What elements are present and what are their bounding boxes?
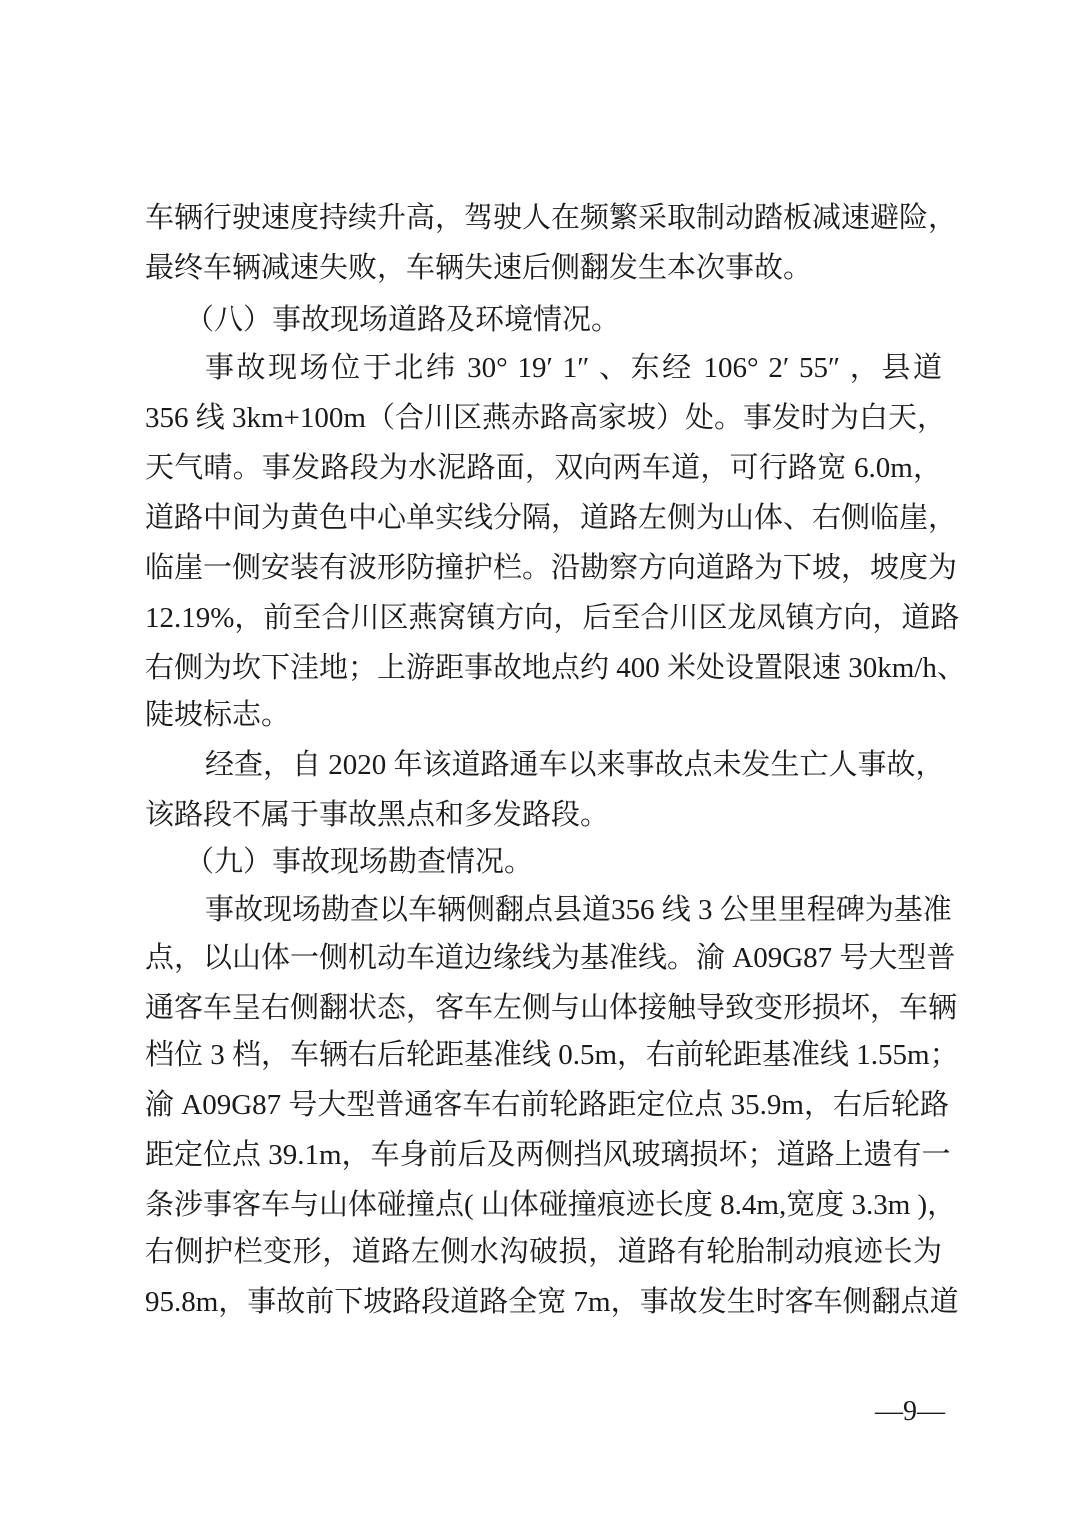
document-page: 车辆行驶速度持续升高，驾驶人在频繁采取制动踏板减速避险， 最终车辆减速失败，车辆…: [0, 0, 1074, 1520]
paragraph-line: 右侧护栏变形，道路左侧水沟破损，道路有轮胎制动痕迹长为: [145, 1232, 942, 1272]
paragraph-line: 临崖一侧安装有波形防撞护栏。沿勘察方向道路为下坡，坡度为: [145, 548, 942, 588]
paragraph-line: 经查，自 2020 年该道路通车以来事故点未发生亡人事故，: [205, 745, 942, 785]
paragraph-line: 距定位点 39.1m，车身前后及两侧挡风玻璃损坏；道路上遗有一: [145, 1135, 942, 1175]
paragraph-line: 档位 3 档，车辆右后轮距基准线 0.5m，右前轮距基准线 1.55m；: [145, 1035, 942, 1075]
paragraph-line: 天气晴。事发路段为水泥路面，双向两车道，可行路宽 6.0m，: [145, 448, 942, 488]
paragraph-line: 12.19%，前至合川区燕窝镇方向，后至合川区龙凤镇方向，道路: [145, 598, 942, 638]
paragraph-line: 事故现场勘查以车辆侧翻点县道356 线 3 公里里程碑为基准: [205, 890, 942, 930]
paragraph-line: 356 线 3km+100m（合川区燕赤路高家坡）处。事发时为白天，: [145, 398, 942, 438]
page-number: —9—: [872, 1396, 948, 1428]
paragraph-line: 该路段不属于事故黑点和多发路段。: [145, 795, 942, 835]
paragraph-line: 事故现场位于北纬 30° 19′ 1″ 、东经 106° 2′ 55″ ，县道: [205, 348, 942, 388]
paragraph-line: 道路中间为黄色中心单实线分隔，道路左侧为山体、右侧临崖，: [145, 498, 942, 538]
paragraph-line: 95.8m，事故前下坡路段道路全宽 7m，事故发生时客车侧翻点道: [145, 1282, 942, 1322]
section-heading: （九）事故现场勘查情况。: [185, 842, 922, 882]
section-heading: （八）事故现场道路及环境情况。: [185, 300, 922, 340]
paragraph-line: 陡坡标志。: [145, 695, 942, 735]
paragraph-line: 右侧为坎下洼地；上游距事故地点约 400 米处设置限速 30km/h、: [145, 648, 942, 688]
paragraph-line: 条涉事客车与山体碰撞点( 山体碰撞痕迹长度 8.4m,宽度 3.3m )，: [145, 1185, 942, 1225]
paragraph-line: 最终车辆减速失败，车辆失速后侧翻发生本次事故。: [145, 248, 942, 288]
paragraph-line: 点，以山体一侧机动车道边缘线为基准线。渝 A09G87 号大型普: [145, 938, 942, 978]
paragraph-line: 渝 A09G87 号大型普通客车右前轮路距定位点 35.9m，右后轮路: [145, 1085, 942, 1125]
paragraph-line: 车辆行驶速度持续升高，驾驶人在频繁采取制动踏板减速避险，: [145, 198, 942, 238]
paragraph-line: 通客车呈右侧翻状态，客车左侧与山体接触导致变形损坏，车辆: [145, 988, 942, 1028]
